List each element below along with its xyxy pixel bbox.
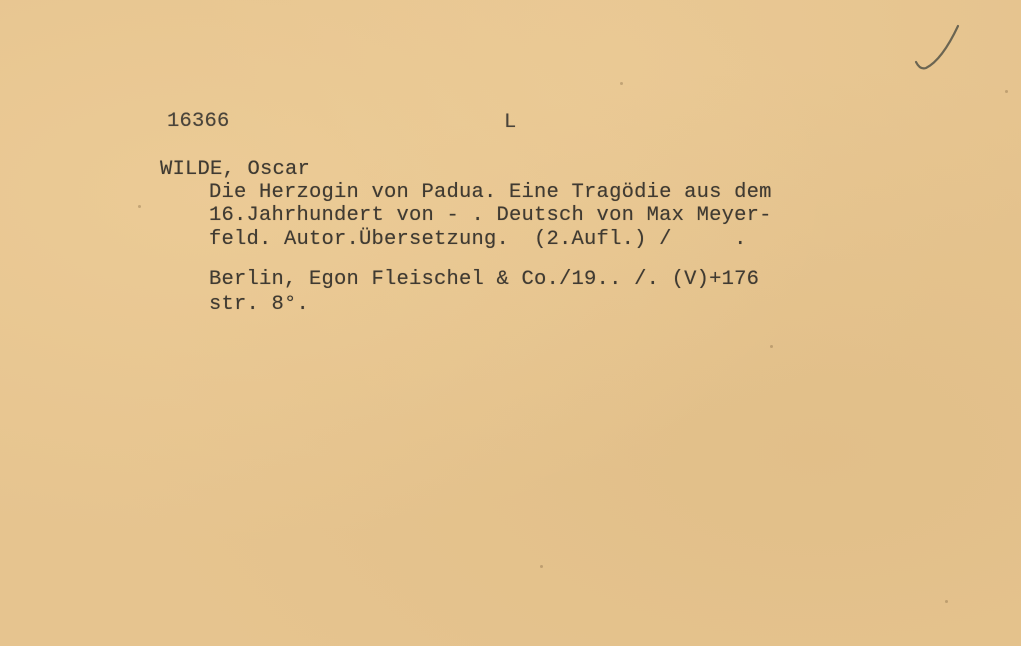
- title-line: Die Herzogin von Padua. Eine Tragödie au…: [209, 181, 772, 205]
- title-line: feld. Autor.Übersetzung. (2.Aufl.) / .: [209, 228, 747, 252]
- call-number: 16366: [167, 110, 230, 134]
- paper-speck: [770, 345, 773, 348]
- checkmark-icon: [912, 22, 962, 74]
- title-line: 16.Jahrhundert von - . Deutsch von Max M…: [209, 204, 772, 228]
- paper-speck: [1005, 90, 1008, 93]
- paper-speck: [620, 82, 623, 85]
- catalog-card: 16366 L WILDE, Oscar Die Herzogin von Pa…: [0, 0, 1021, 646]
- paper-speck: [540, 565, 543, 568]
- paper-speck: [945, 600, 948, 603]
- paper-speck: [138, 205, 141, 208]
- location-code: L: [504, 111, 517, 135]
- author-heading: WILDE, Oscar: [160, 158, 310, 182]
- imprint-line: Berlin, Egon Fleischel & Co./19.. /. (V)…: [209, 268, 759, 292]
- imprint-line: str. 8°.: [209, 293, 309, 317]
